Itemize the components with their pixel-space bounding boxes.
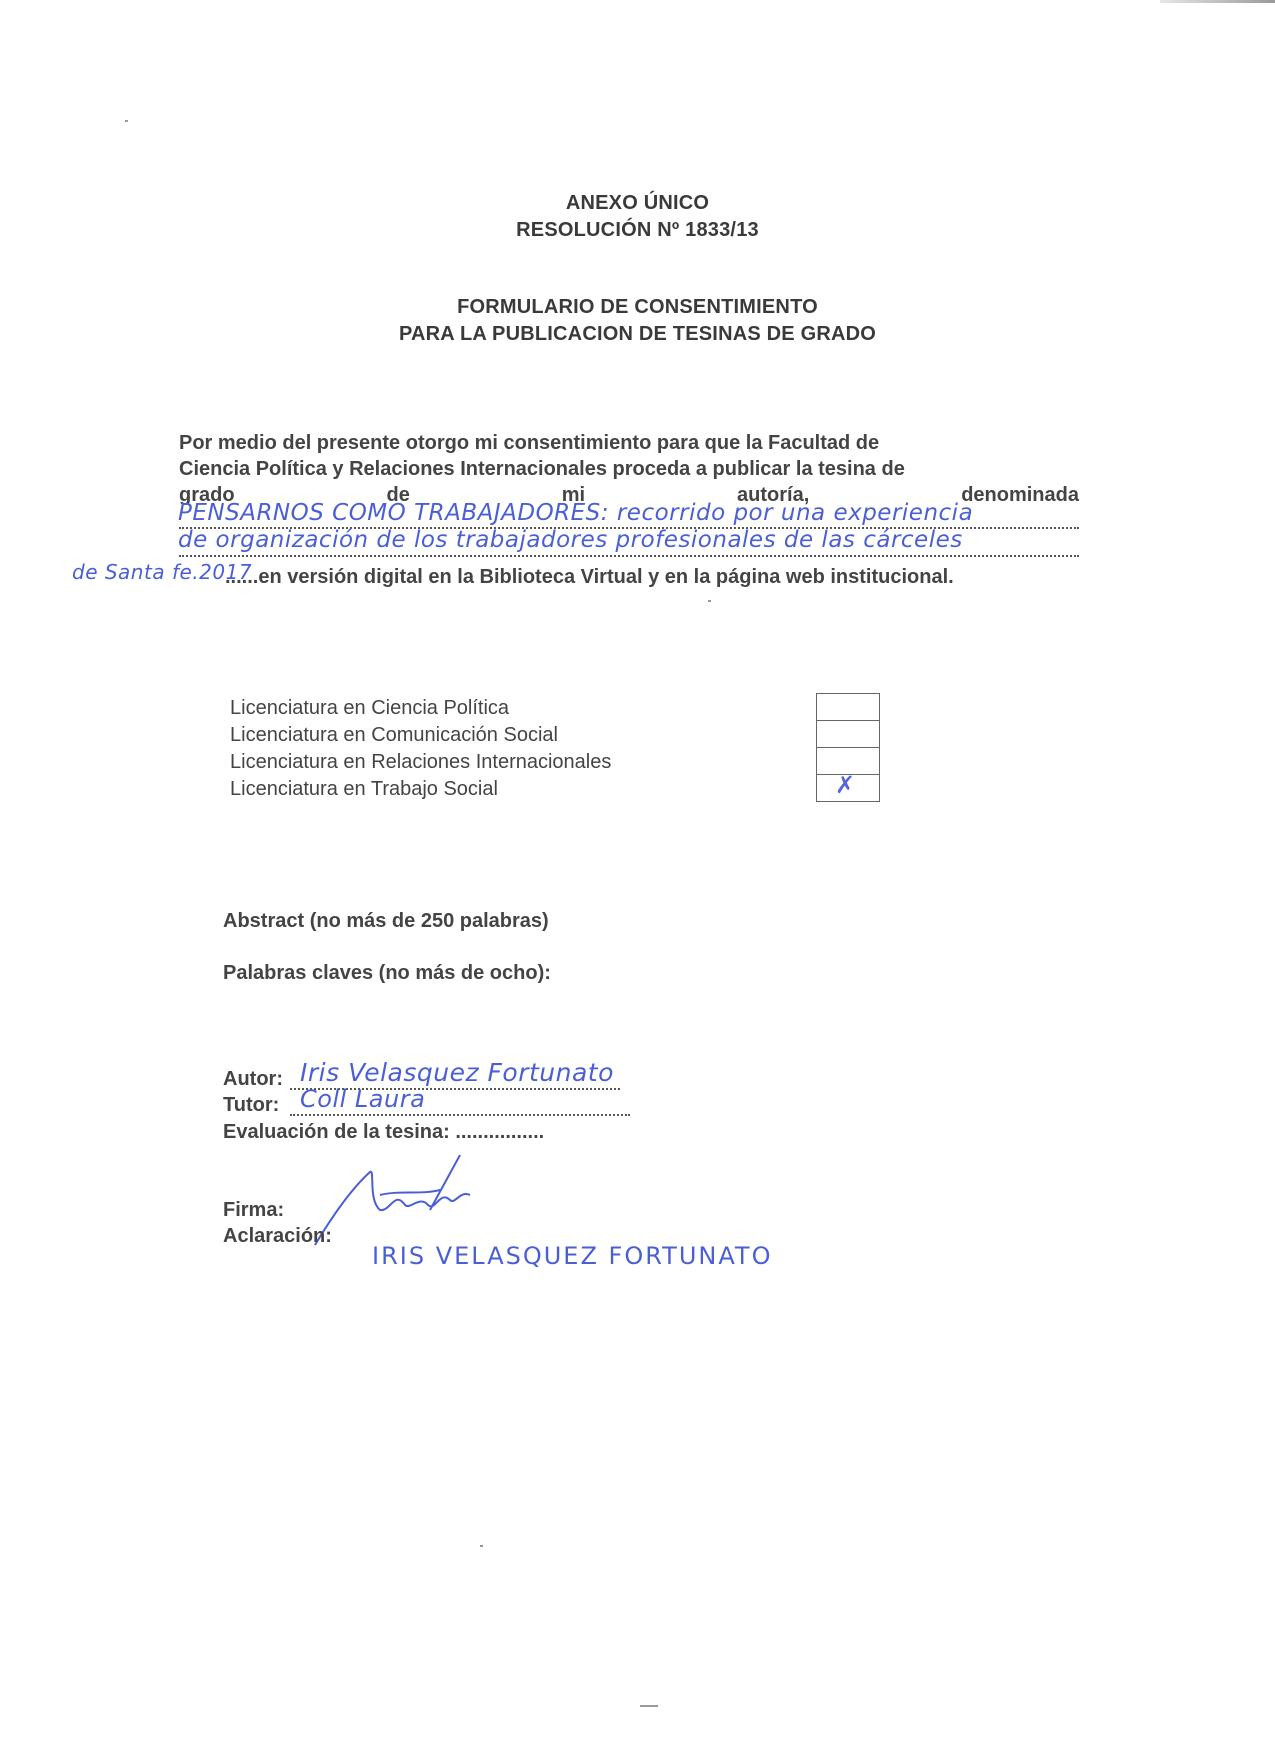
consent-paragraph: Por medio del presente otorgo mi consent… — [179, 430, 1079, 508]
scan-speck — [640, 1705, 658, 1707]
resolution-number: RESOLUCIÓN Nº 1833/13 — [0, 219, 1275, 242]
degree-list: Licenciatura en Ciencia Política Licenci… — [230, 695, 611, 803]
consent-text-1: Por medio del presente otorgo mi consent… — [179, 430, 879, 456]
form-title-line1: FORMULARIO DE CONSENTIMIENTO — [0, 296, 1275, 319]
title-dotline-2 — [179, 555, 1079, 557]
clarification-label: Aclaración: — [223, 1225, 332, 1248]
form-title-line2: PARA LA PUBLICACION DE TESINAS DE GRADO — [0, 323, 1275, 346]
scan-speck — [125, 120, 128, 122]
tutor-label: Tutor: — [223, 1094, 279, 1117]
evaluation-value[interactable]: ................ — [455, 1121, 544, 1143]
degree-comunicacion-social: Licenciatura en Comunicación Social — [230, 722, 611, 749]
evaluation-label: Evaluación de la tesina: ...............… — [223, 1121, 544, 1144]
clarification-value[interactable]: IRIS VELASQUEZ FORTUNATO — [372, 1242, 772, 1270]
degree-ciencia-politica: Licenciatura en Ciencia Política — [230, 695, 611, 722]
consent-line-1: Por medio del presente otorgo mi consent… — [179, 430, 1079, 456]
thesis-title-handwritten-1: PENSARNOS COMO TRABAJADORES: recorrido p… — [178, 500, 973, 526]
tutor-dotline — [290, 1114, 630, 1116]
annex-title: ANEXO ÚNICO — [0, 192, 1275, 215]
scan-edge-line — [1160, 0, 1275, 3]
degree-checkboxes: ✗ — [816, 693, 880, 802]
degree-relaciones-internacionales: Licenciatura en Relaciones Internacional… — [230, 749, 611, 776]
word-denominada: denominada — [961, 482, 1079, 508]
thesis-title-handwritten-2: de organización de los trabajadores prof… — [178, 527, 963, 553]
check-x-icon: ✗ — [835, 771, 855, 799]
evaluation-label-text: Evaluación de la tesina: — [223, 1121, 450, 1143]
author-label: Autor: — [223, 1068, 283, 1091]
signature-label: Firma: — [223, 1199, 284, 1222]
author-value[interactable]: Iris Velasquez Fortunato — [300, 1058, 614, 1087]
abstract-label: Abstract (no más de 250 palabras) — [223, 910, 549, 933]
scan-speck — [480, 1545, 483, 1547]
degree-trabajo-social: Licenciatura en Trabajo Social — [230, 776, 611, 803]
scan-speck — [708, 600, 711, 602]
checkbox-comunicacion-social[interactable] — [816, 720, 880, 747]
signature-scribble — [310, 1150, 490, 1250]
consent-closing: ......en versión digital en la Bibliotec… — [225, 566, 954, 589]
keywords-label: Palabras claves (no más de ocho): — [223, 962, 551, 985]
checkbox-trabajo-social[interactable]: ✗ — [816, 774, 880, 802]
tutor-value[interactable]: Coll Laura — [300, 1085, 425, 1113]
checkbox-relaciones-internacionales[interactable] — [816, 747, 880, 774]
checkbox-ciencia-politica[interactable] — [816, 693, 880, 720]
consent-line-2: Ciencia Política y Relaciones Internacio… — [179, 456, 1079, 482]
